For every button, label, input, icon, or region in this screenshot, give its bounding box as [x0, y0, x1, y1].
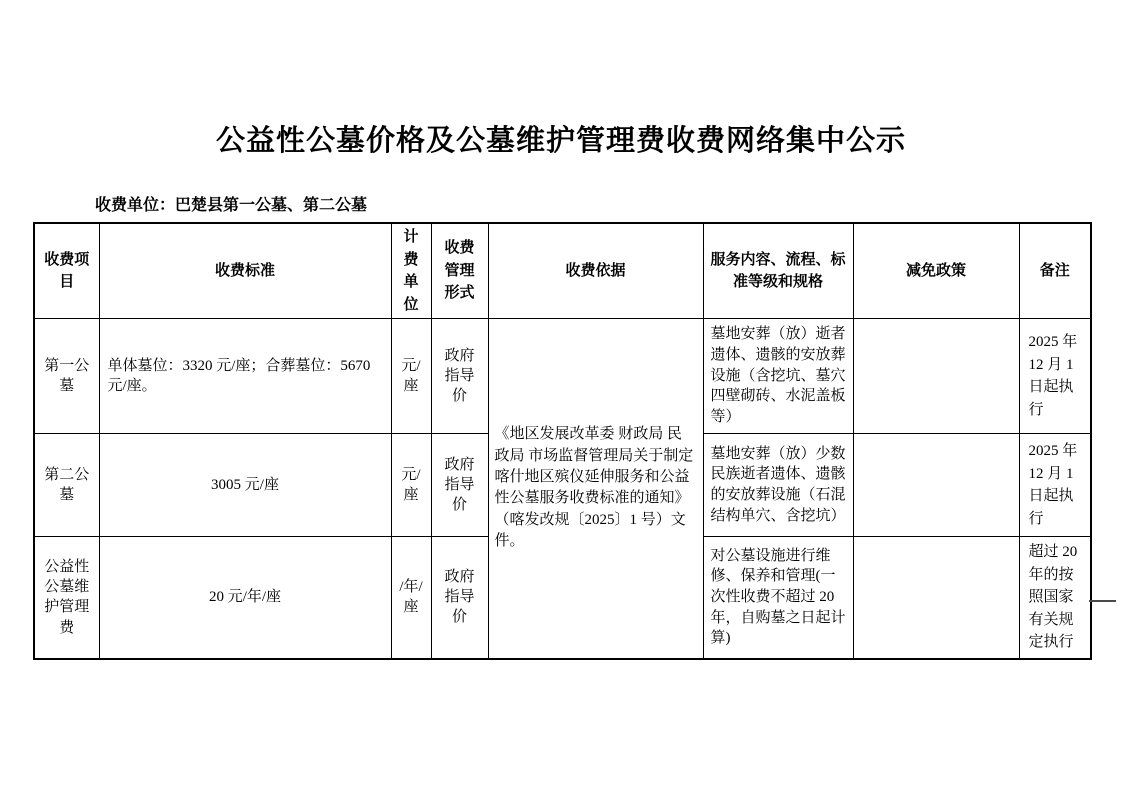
billing-unit-cell: 元/座 — [391, 434, 431, 537]
service-content-cell: 墓地安葬（放）少数民族逝者遗体、遗骸的安放葬设施（石混结构单穴、含挖坑） — [703, 434, 853, 537]
billing-unit-cell: 元/座 — [391, 319, 431, 434]
header-waiver-policy: 减免政策 — [853, 223, 1019, 319]
header-billing-unit: 计费单位 — [391, 223, 431, 319]
header-fee-standard: 收费标准 — [99, 223, 391, 319]
charging-unit-line: 收费单位：巴楚县第一公墓、第二公墓 — [95, 192, 367, 215]
header-fee-basis: 收费依据 — [488, 223, 703, 319]
document-page: 公益性公墓价格及公墓维护管理费收费网络集中公示 收费单位：巴楚县第一公墓、第二公… — [0, 0, 1122, 793]
fee-item-cell: 第一公墓 — [34, 319, 99, 434]
header-fee-item: 收费项目 — [34, 223, 99, 319]
remark-cell: 超过 20 年的按照国家有关规定执行 — [1019, 537, 1091, 659]
fee-standard-cell: 20 元/年/座 — [99, 537, 391, 659]
fee-table: 收费项目 收费标准 计费单位 收费管理形式 收费依据 服务内容、流程、标准等级和… — [33, 222, 1092, 660]
remark-cell: 2025 年 12 月 1 日起执行 — [1019, 434, 1091, 537]
header-service-content: 服务内容、流程、标准等级和规格 — [703, 223, 853, 319]
fee-basis-merged-cell: 《地区发展改革委 财政局 民政局 市场监督管理局关于制定喀什地区殡仪延伸服务和公… — [488, 319, 703, 659]
service-content-cell: 对公墓设施进行维修、保养和管理(一次性收费不超过 20 年，自购墓之日起计算) — [703, 537, 853, 659]
management-form-cell: 政府指导价 — [431, 434, 488, 537]
remark-cell: 2025 年 12 月 1 日起执行 — [1019, 319, 1091, 434]
waiver-policy-cell — [853, 319, 1019, 434]
table-row: 第一公墓 单体墓位：3320 元/座；合葬墓位：5670 元/座。 元/座 政府… — [34, 319, 1091, 434]
waiver-policy-cell — [853, 537, 1019, 659]
fee-standard-cell: 3005 元/座 — [99, 434, 391, 537]
management-form-cell: 政府指导价 — [431, 537, 488, 659]
management-form-cell: 政府指导价 — [431, 319, 488, 434]
billing-unit-cell: /年/座 — [391, 537, 431, 659]
header-management-form: 收费管理形式 — [431, 223, 488, 319]
waiver-policy-cell — [853, 434, 1019, 537]
service-content-cell: 墓地安葬（放）逝者遗体、遗骸的安放葬设施（含挖坑、墓穴四壁砌砖、水泥盖板等） — [703, 319, 853, 434]
fee-item-cell: 第二公墓 — [34, 434, 99, 537]
table-bottom-border-extension — [1089, 600, 1116, 602]
table-header-row: 收费项目 收费标准 计费单位 收费管理形式 收费依据 服务内容、流程、标准等级和… — [34, 223, 1091, 319]
fee-standard-cell: 单体墓位：3320 元/座；合葬墓位：5670 元/座。 — [99, 319, 391, 434]
fee-item-cell: 公益性公墓维护管理费 — [34, 537, 99, 659]
document-title: 公益性公墓价格及公墓维护管理费收费网络集中公示 — [0, 118, 1122, 159]
header-remark: 备注 — [1019, 223, 1091, 319]
